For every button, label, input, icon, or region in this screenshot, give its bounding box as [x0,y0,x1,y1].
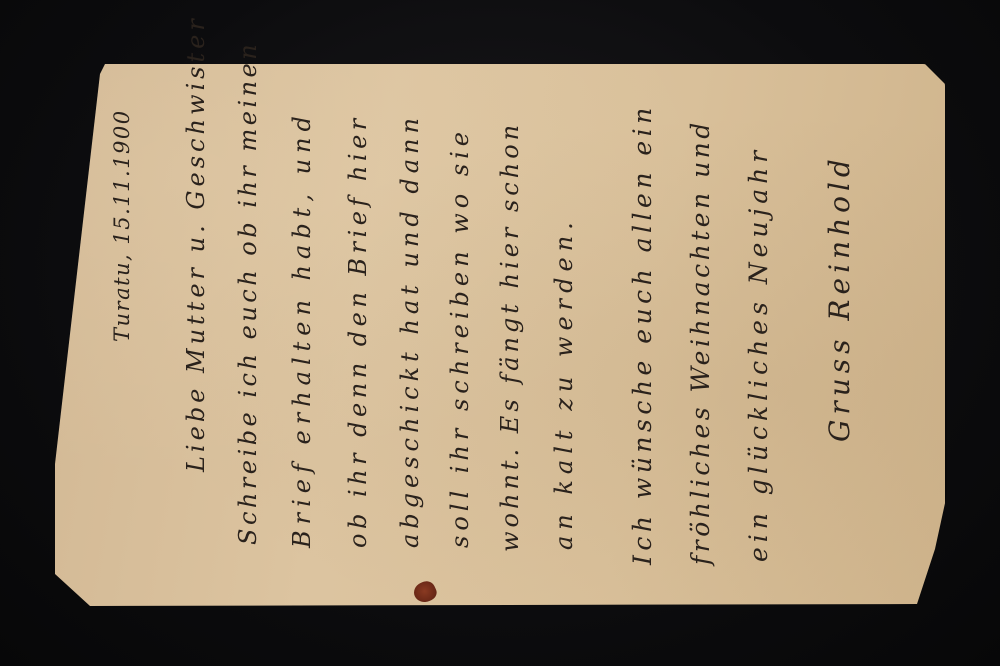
handwritten-line: Ich wünsche euch allen ein [630,103,655,565]
date-line: Turatu, 15.11.1900 [112,109,133,342]
handwritten-line: Liebe Mutter u. Geschwister [184,15,208,472]
signature: Gruss Reinhold [826,154,854,442]
handwritten-line: wohnt. Es fängt hier schon [498,121,522,552]
handwritten-line: an kalt zu werden. [552,216,576,550]
handwritten-line: fröhliches Weihnachten und [688,119,713,565]
handwritten-line: Schreibe ich euch ob ihr meinen [236,41,260,545]
handwritten-line: ein glückliches Neujahr [746,146,771,562]
handwritten-line: abgeschickt hat und dann [398,113,422,548]
handwritten-line: soll ihr schreiben wo sie [448,127,472,548]
handwritten-line: ob ihr denn den Brief hier [346,114,370,548]
handwritten-line: Brief erhalten habt, und [290,110,314,548]
